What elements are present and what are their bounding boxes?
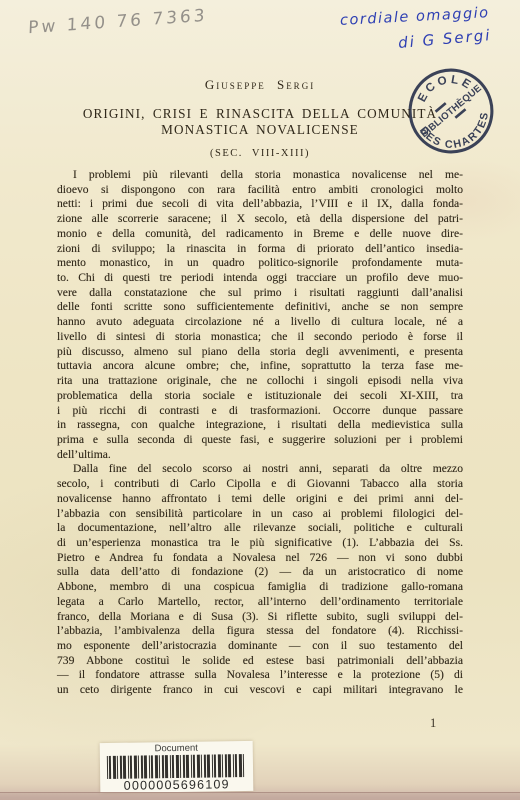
text-line: legata a Carlo Martello, rector, all’int… bbox=[57, 595, 463, 610]
article-title-line1: ORIGINI, CRISI E RINASCITA DELLA COMUNIT… bbox=[57, 106, 463, 122]
text-line: franco, della Moriana e di Susa (3). Si … bbox=[57, 610, 463, 625]
text-line: l’abbazia, l’ambivalenza della figura st… bbox=[57, 624, 463, 639]
barcode-label: Document 0000005696109 bbox=[100, 741, 254, 793]
text-line: to. Chi di questi tre periodi intenda og… bbox=[57, 271, 463, 286]
text-line: monio e della comunità, del radicamento … bbox=[57, 227, 463, 242]
text-line: più discusso, almeno sul piano della sto… bbox=[57, 345, 463, 360]
text-line: tuttavia ancora alcune ombre; che, infin… bbox=[57, 359, 463, 374]
text-line: secolo, i contributi di Carlo Cipolla e … bbox=[57, 477, 463, 492]
article-subtitle: (SEC. VIII-XIII) bbox=[57, 148, 463, 159]
text-line: netti: i primi due secoli di vita dell’a… bbox=[57, 197, 463, 212]
text-line: livello di sintesi di storia monastica; … bbox=[57, 330, 463, 345]
text-line: di un’esperienza monastica tra le più si… bbox=[57, 536, 463, 551]
scanned-page: Pw 140 76 7363 cordiale omaggio di G Ser… bbox=[0, 0, 520, 800]
text-line: delle fonti scritte sono sufficientement… bbox=[57, 300, 463, 315]
text-line: dell’ultima. bbox=[57, 448, 463, 463]
author-name: Giuseppe Sergi bbox=[57, 77, 463, 93]
barcode-bars-icon bbox=[107, 754, 246, 779]
text-line: rita una trattazione originale, che ne c… bbox=[57, 374, 463, 389]
text-line: vere dalla constatazione che sul primo i… bbox=[57, 286, 463, 301]
barcode-number: 0000005696109 bbox=[124, 777, 230, 792]
body-text: I problemi più rilevanti della storia mo… bbox=[57, 168, 463, 698]
text-line: I problemi più rilevanti della storia mo… bbox=[57, 168, 463, 183]
text-line: zione alle scorrerie saracene; il X seco… bbox=[57, 212, 463, 227]
page-number: 1 bbox=[430, 716, 436, 731]
text-line: problematica della storia sociale e isti… bbox=[57, 389, 463, 404]
text-line: i più ricchi di contrasti e di trasforma… bbox=[57, 404, 463, 419]
text-line: sulla data dell’atto di fondazione (2) —… bbox=[57, 565, 463, 580]
text-line: Dalla fine del secolo scorso ai nostri a… bbox=[57, 462, 463, 477]
barcode-caption: Document bbox=[155, 743, 198, 755]
text-line: Abbone, membro di una cospicua famiglia … bbox=[57, 580, 463, 595]
text-line: mento monastico, in un quadro politico-s… bbox=[57, 256, 463, 271]
article-title-line2: MONASTICA NOVALICENSE bbox=[57, 122, 463, 138]
text-line: Pietro e Andrea fu fondata a Novalesa ne… bbox=[57, 551, 463, 566]
text-line: 739 Abbone costituì le solide ed estese … bbox=[57, 654, 463, 669]
dedication-note-line2: di G Sergi bbox=[397, 26, 492, 52]
scan-bottom-edge bbox=[0, 792, 520, 800]
dedication-note-line1: cordiale omaggio bbox=[340, 5, 490, 29]
text-line: mo esponente dell’aristocrazia dominante… bbox=[57, 639, 463, 654]
text-line: in rassegna, con qualche integrazione, i… bbox=[57, 418, 463, 433]
text-line: l’abbazia con sensibilità particolare in… bbox=[57, 507, 463, 522]
pencil-shelfmark-note: Pw 140 76 7363 bbox=[28, 6, 208, 39]
text-line: novalicense hanno affrontato i temi dell… bbox=[57, 492, 463, 507]
text-line: un ceto dirigente franco in cui vescovi … bbox=[57, 683, 463, 698]
article-header: Giuseppe Sergi ORIGINI, CRISI E RINASCIT… bbox=[57, 77, 463, 159]
text-line: zioni di sviluppo; la rinascita in forma… bbox=[57, 242, 463, 257]
text-line: dioevo si dispongono con rara facilità e… bbox=[57, 183, 463, 198]
text-line: prima e sulla seconda di queste fasi, e … bbox=[57, 433, 463, 448]
text-line: — il fondatore attrasse sulla Novalesa l… bbox=[57, 668, 463, 683]
text-line: hanno avuto adeguata circolazione né a l… bbox=[57, 315, 463, 330]
text-line: la documentazione, nell’altro alle rilev… bbox=[57, 521, 463, 536]
